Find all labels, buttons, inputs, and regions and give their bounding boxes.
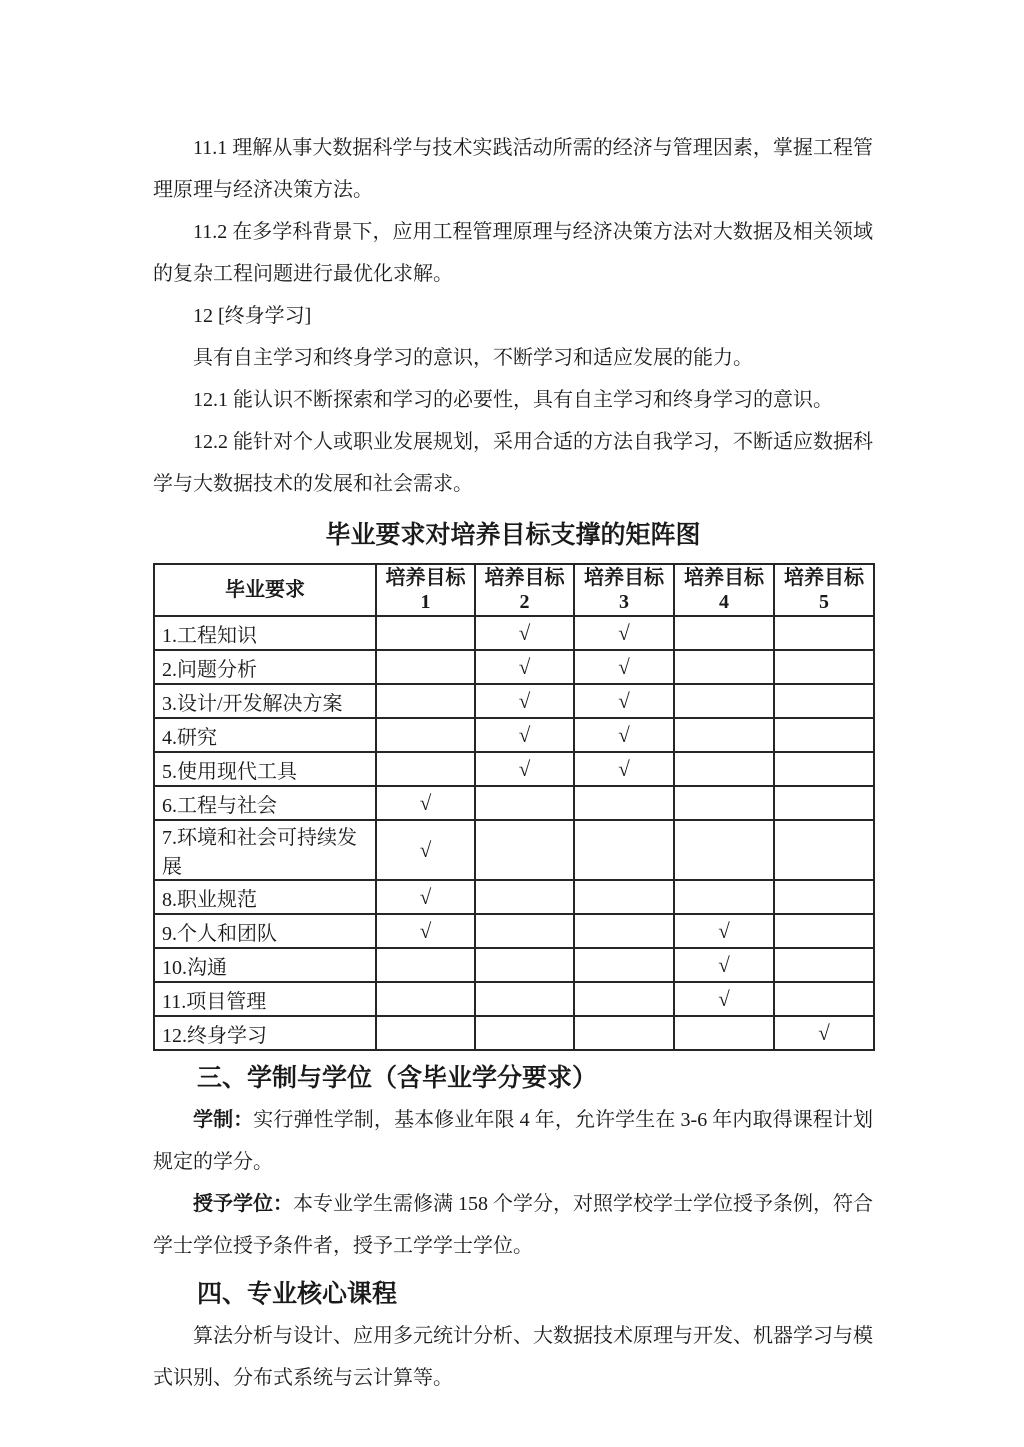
empty-cell [774,752,874,786]
goal-header-number: 2 [520,591,530,613]
graduation-requirement-label: 5.使用现代工具 [154,752,376,786]
table-row: 2.问题分析√√ [154,650,874,684]
core-courses-paragraph: 算法分析与设计、应用多元统计分析、大数据技术原理与开发、机器学习与模式识别、分布… [153,1315,873,1399]
check-mark: √ [376,880,475,914]
goal-header-number: 4 [719,591,729,613]
check-mark: √ [376,786,475,820]
graduation-requirement-label: 2.问题分析 [154,650,376,684]
check-mark: √ [475,684,574,718]
check-mark: √ [475,752,574,786]
goal-header-label: 培养目标 [584,567,664,589]
empty-cell [774,880,874,914]
check-mark: √ [574,684,674,718]
graduation-requirement-label: 10.沟通 [154,948,376,982]
empty-cell [774,718,874,752]
goal-header-3: 培养目标3 [574,564,674,616]
matrix-table-body: 1.工程知识√√2.问题分析√√3.设计/开发解决方案√√4.研究√√5.使用现… [154,616,874,1050]
graduation-requirement-label: 1.工程知识 [154,616,376,650]
matrix-table-title: 毕业要求对培养目标支撑的矩阵图 [153,518,873,552]
check-mark: √ [574,718,674,752]
empty-cell [475,820,574,880]
empty-cell [574,914,674,948]
empty-cell [774,684,874,718]
table-row: 7.环境和社会可持续发展√ [154,820,874,880]
goal-header-5: 培养目标5 [774,564,874,616]
empty-cell [674,786,774,820]
table-row: 9.个人和团队√√ [154,914,874,948]
table-row: 5.使用现代工具√√ [154,752,874,786]
check-mark: √ [574,650,674,684]
graduation-requirement-label: 8.职业规范 [154,880,376,914]
table-row: 1.工程知识√√ [154,616,874,650]
graduation-requirement-label: 9.个人和团队 [154,914,376,948]
empty-cell [574,982,674,1016]
corner-header-cell: 毕业要求 [154,564,376,616]
empty-cell [674,752,774,786]
check-mark: √ [376,820,475,880]
empty-cell [475,948,574,982]
check-mark: √ [376,914,475,948]
check-mark: √ [475,718,574,752]
empty-cell [376,650,475,684]
graduation-requirement-label: 3.设计/开发解决方案 [154,684,376,718]
paragraph-12-1: 12.1 能认识不断探索和学习的必要性，具有自主学习和终身学习的意识。 [153,379,873,421]
empty-cell [774,786,874,820]
goal-header-label: 培养目标 [386,567,466,589]
empty-cell [574,880,674,914]
empty-cell [774,914,874,948]
check-mark: √ [774,1016,874,1050]
empty-cell [674,684,774,718]
paragraph-12-intro: 具有自主学习和终身学习的意识，不断学习和适应发展的能力。 [153,337,873,379]
table-row: 10.沟通√ [154,948,874,982]
empty-cell [475,982,574,1016]
goal-header-4: 培养目标4 [674,564,774,616]
empty-cell [774,982,874,1016]
graduation-requirement-label: 4.研究 [154,718,376,752]
goal-header-label: 培养目标 [485,567,565,589]
document-page: 11.1 理解从事大数据科学与技术实践活动所需的经济与管理因素，掌握工程管理原理… [0,0,1024,1447]
table-row: 4.研究√√ [154,718,874,752]
check-mark: √ [475,650,574,684]
table-row: 3.设计/开发解决方案√√ [154,684,874,718]
empty-cell [774,948,874,982]
empty-cell [376,718,475,752]
duration-label: 学制： [193,1109,253,1131]
empty-cell [574,1016,674,1050]
empty-cell [674,616,774,650]
check-mark: √ [475,616,574,650]
goal-header-2: 培养目标2 [475,564,574,616]
empty-cell [475,1016,574,1050]
degree-paragraph: 授予学位：本专业学生需修满 158 个学分，对照学校学士学位授予条例，符合学士学… [153,1183,873,1267]
check-mark: √ [674,982,774,1016]
empty-cell [376,982,475,1016]
paragraph-12-2: 12.2 能针对个人或职业发展规划，采用合适的方法自我学习，不断适应数据科学与大… [153,421,873,505]
degree-label: 授予学位： [193,1193,293,1215]
empty-cell [376,752,475,786]
table-row: 12.终身学习√ [154,1016,874,1050]
empty-cell [574,786,674,820]
matrix-header-row: 毕业要求 培养目标1 培养目标2 培养目标3 培养目标4 培养目标5 [154,564,874,616]
goal-header-label: 培养目标 [784,567,864,589]
section-3-heading: 三、学制与学位（含毕业学分要求） [153,1061,873,1095]
empty-cell [674,718,774,752]
empty-cell [376,684,475,718]
empty-cell [376,616,475,650]
empty-cell [674,650,774,684]
empty-cell [574,948,674,982]
empty-cell [475,914,574,948]
duration-paragraph: 学制：实行弹性学制，基本修业年限 4 年，允许学生在 3-6 年内取得课程计划规… [153,1099,873,1183]
paragraph-12-heading: 12 [终身学习] [153,295,873,337]
check-mark: √ [674,948,774,982]
empty-cell [674,820,774,880]
check-mark: √ [574,752,674,786]
check-mark: √ [674,914,774,948]
goal-header-number: 5 [819,591,829,613]
check-mark: √ [574,616,674,650]
empty-cell [475,880,574,914]
goal-header-1: 培养目标1 [376,564,475,616]
duration-text: 实行弹性学制，基本修业年限 4 年，允许学生在 3-6 年内取得课程计划规定的学… [153,1109,873,1173]
paragraph-11-1: 11.1 理解从事大数据科学与技术实践活动所需的经济与管理因素，掌握工程管理原理… [153,127,873,211]
goal-header-number: 3 [619,591,629,613]
section-4-heading: 四、专业核心课程 [153,1277,873,1311]
empty-cell [774,820,874,880]
graduation-requirement-label: 6.工程与社会 [154,786,376,820]
goal-header-number: 1 [421,591,431,613]
graduation-requirement-label: 7.环境和社会可持续发展 [154,820,376,880]
empty-cell [774,650,874,684]
empty-cell [674,1016,774,1050]
paragraph-11-2: 11.2 在多学科背景下，应用工程管理原理与经济决策方法对大数据及相关领域的复杂… [153,211,873,295]
empty-cell [376,1016,475,1050]
goal-header-label: 培养目标 [684,567,764,589]
table-row: 6.工程与社会√ [154,786,874,820]
table-row: 11.项目管理√ [154,982,874,1016]
empty-cell [774,616,874,650]
support-matrix-table: 毕业要求 培养目标1 培养目标2 培养目标3 培养目标4 培养目标5 1.工程知… [153,563,875,1051]
empty-cell [574,820,674,880]
table-row: 8.职业规范√ [154,880,874,914]
empty-cell [376,948,475,982]
empty-cell [475,786,574,820]
graduation-requirement-label: 11.项目管理 [154,982,376,1016]
empty-cell [674,880,774,914]
graduation-requirement-label: 12.终身学习 [154,1016,376,1050]
